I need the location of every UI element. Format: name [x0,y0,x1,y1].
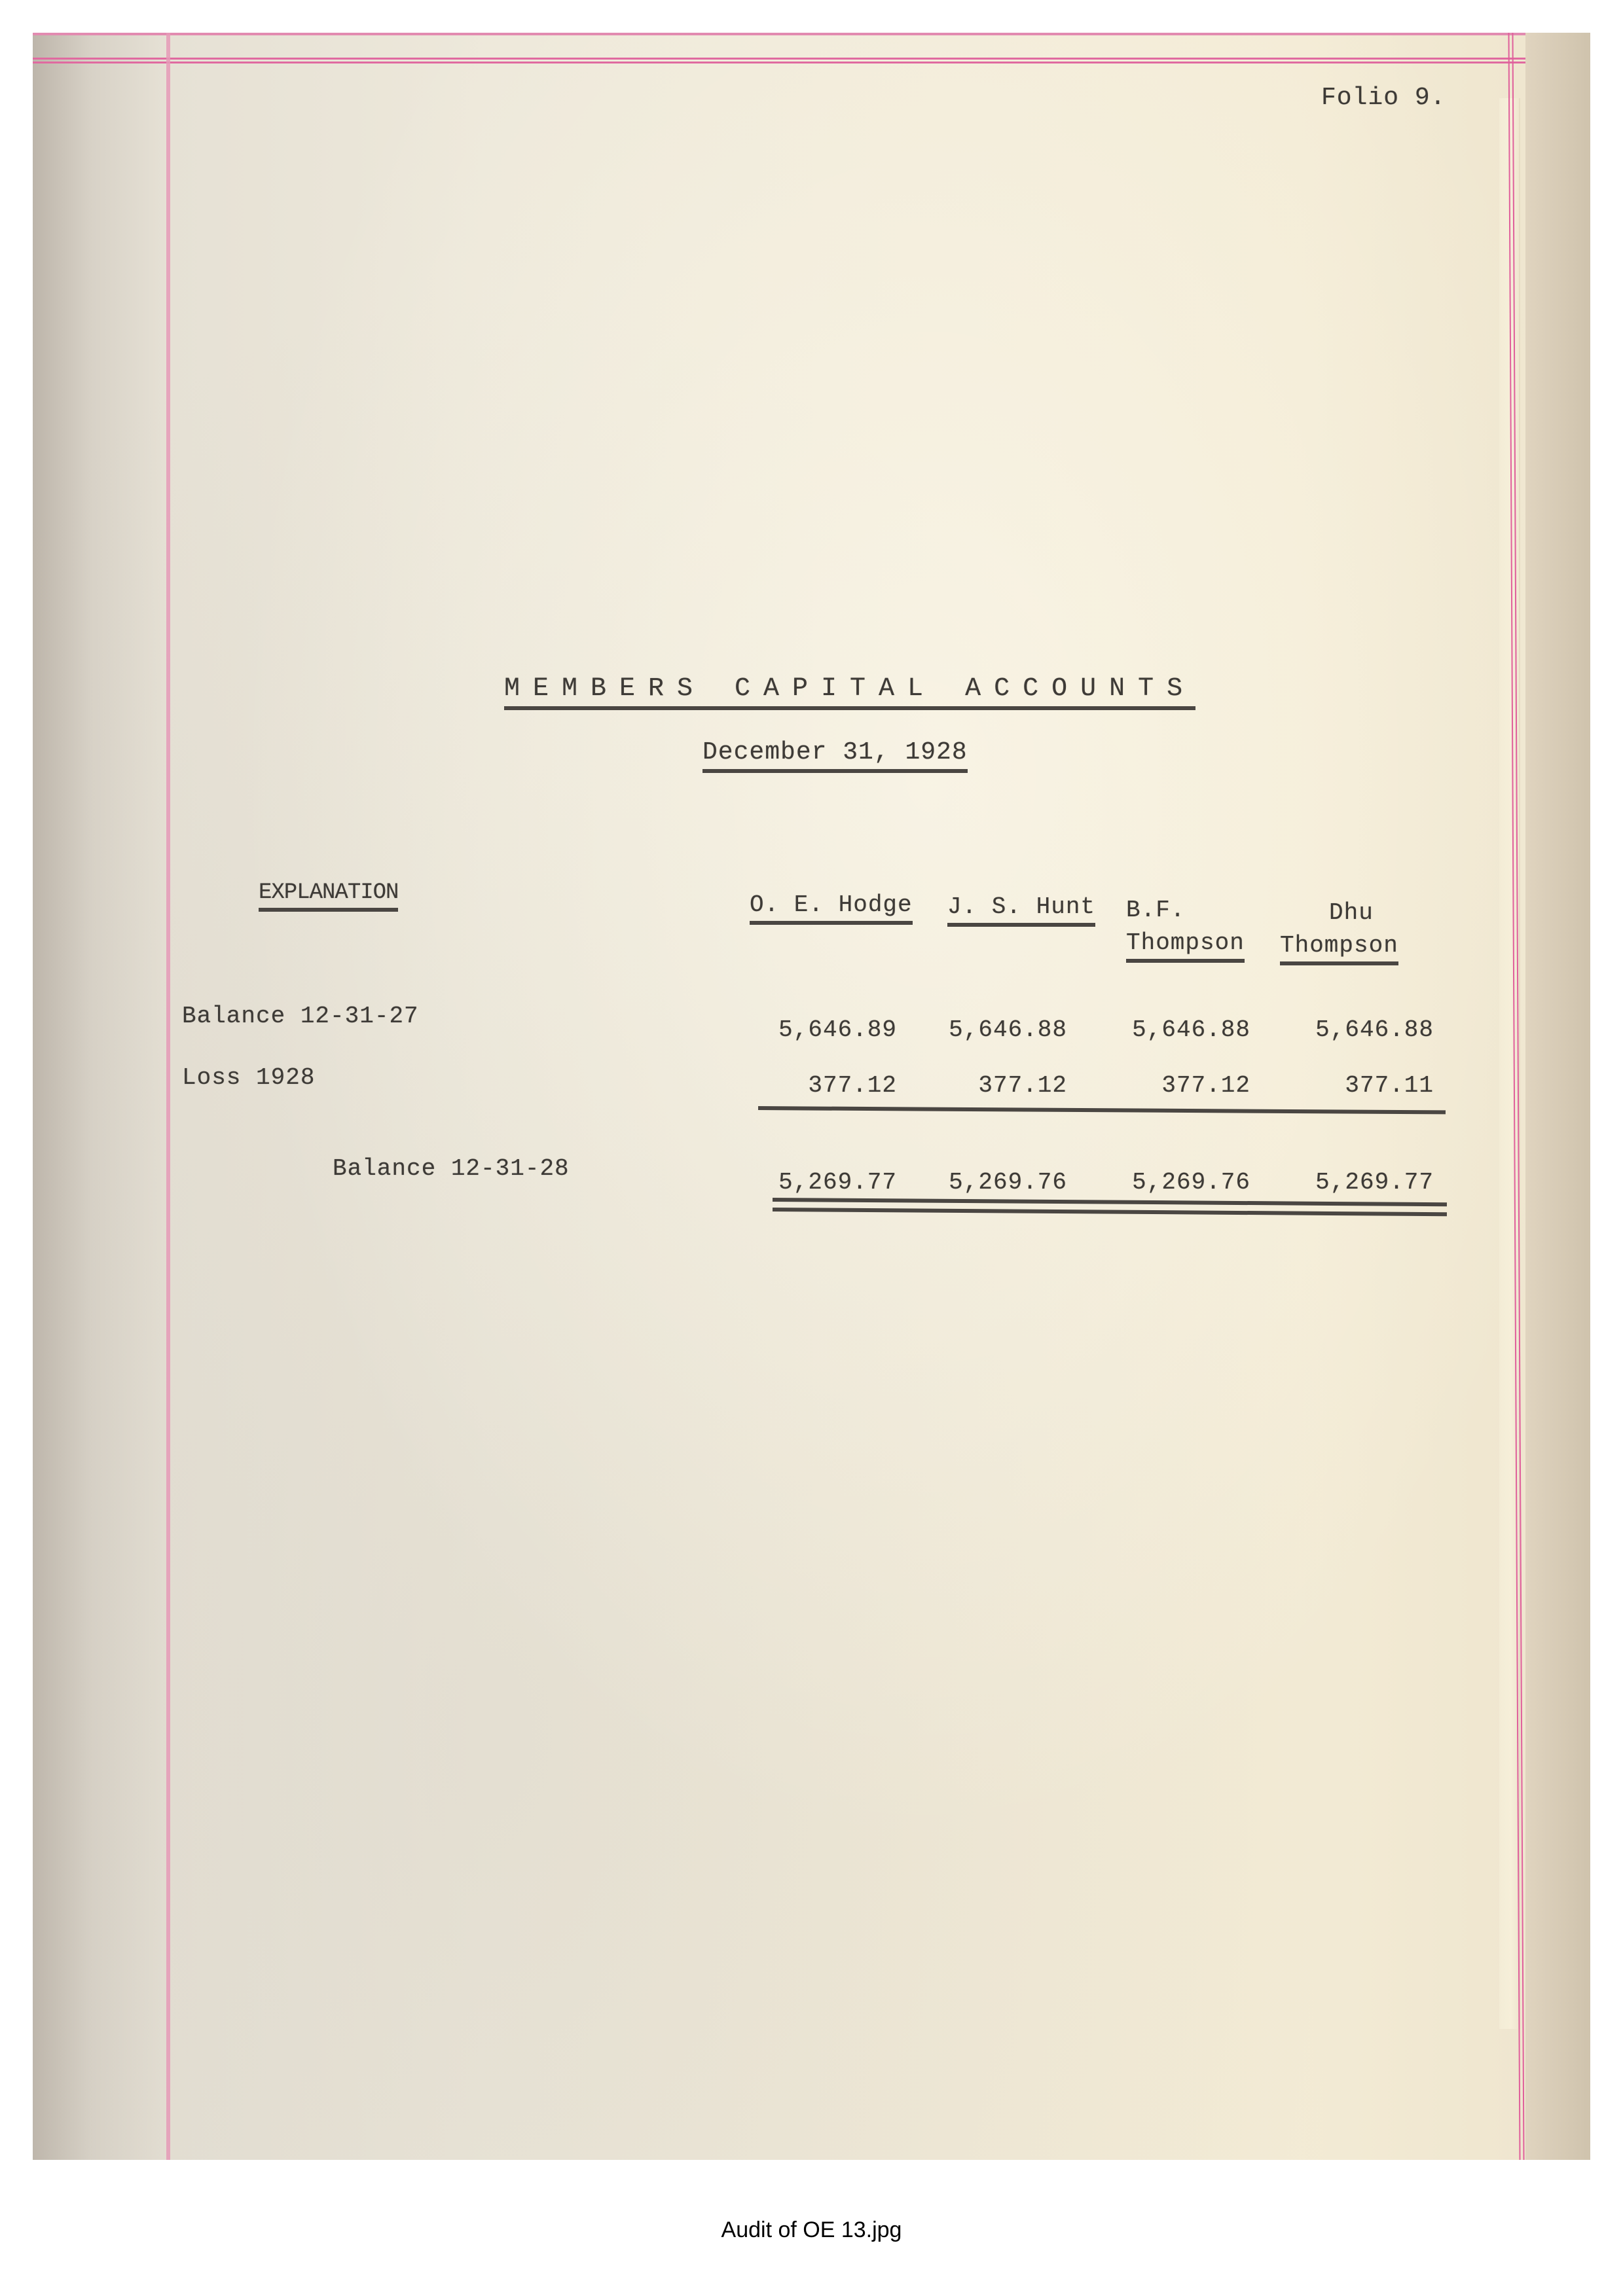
cell-closing-hunt: 5,269.76 [903,1169,1067,1196]
column-header-bf-thompson-line2: Thompson [1126,929,1245,963]
row-label-loss: Loss 1928 [182,1064,315,1091]
cell-loss-hodge: 377.12 [733,1072,897,1099]
cell-closing-hodge: 5,269.77 [733,1169,897,1196]
left-margin-rule [166,33,170,2160]
cell-opening-hodge: 5,646.89 [733,1016,897,1043]
cell-loss-bf-thompson: 377.12 [1087,1072,1250,1099]
top-margin-rule [33,33,1525,35]
cell-opening-bf-thompson: 5,646.88 [1087,1016,1250,1043]
column-header-dhu-thompson-line1: Dhu [1329,899,1374,926]
cell-closing-bf-thompson: 5,269.76 [1087,1169,1250,1196]
column-header-hodge: O. E. Hodge [750,891,913,925]
explanation-header: EXPLANATION [259,880,398,912]
folio-number: Folio 9. [1321,84,1446,112]
column-header-dhu-thompson-line2: Thompson [1280,932,1398,965]
document-date: December 31, 1928 [702,738,968,773]
cell-opening-hunt: 5,646.88 [903,1016,1067,1043]
column-header-bf-thompson-line1: B.F. [1126,897,1185,924]
row-label-closing-balance: Balance 12-31-28 [333,1155,570,1182]
top-double-rule [33,58,1525,60]
cell-loss-hunt: 377.12 [903,1072,1067,1099]
image-caption: Audit of OE 13.jpg [0,2217,1623,2243]
cell-opening-dhu-thompson: 5,646.88 [1270,1016,1434,1043]
row-label-opening-balance: Balance 12-31-27 [182,1003,419,1030]
column-header-hunt: J. S. Hunt [947,893,1095,927]
cell-loss-dhu-thompson: 377.11 [1270,1072,1434,1099]
underlying-sheet [1525,33,1590,2160]
cell-closing-dhu-thompson: 5,269.77 [1270,1169,1434,1196]
document-title: MEMBERS CAPITAL ACCOUNTS [504,674,1195,710]
